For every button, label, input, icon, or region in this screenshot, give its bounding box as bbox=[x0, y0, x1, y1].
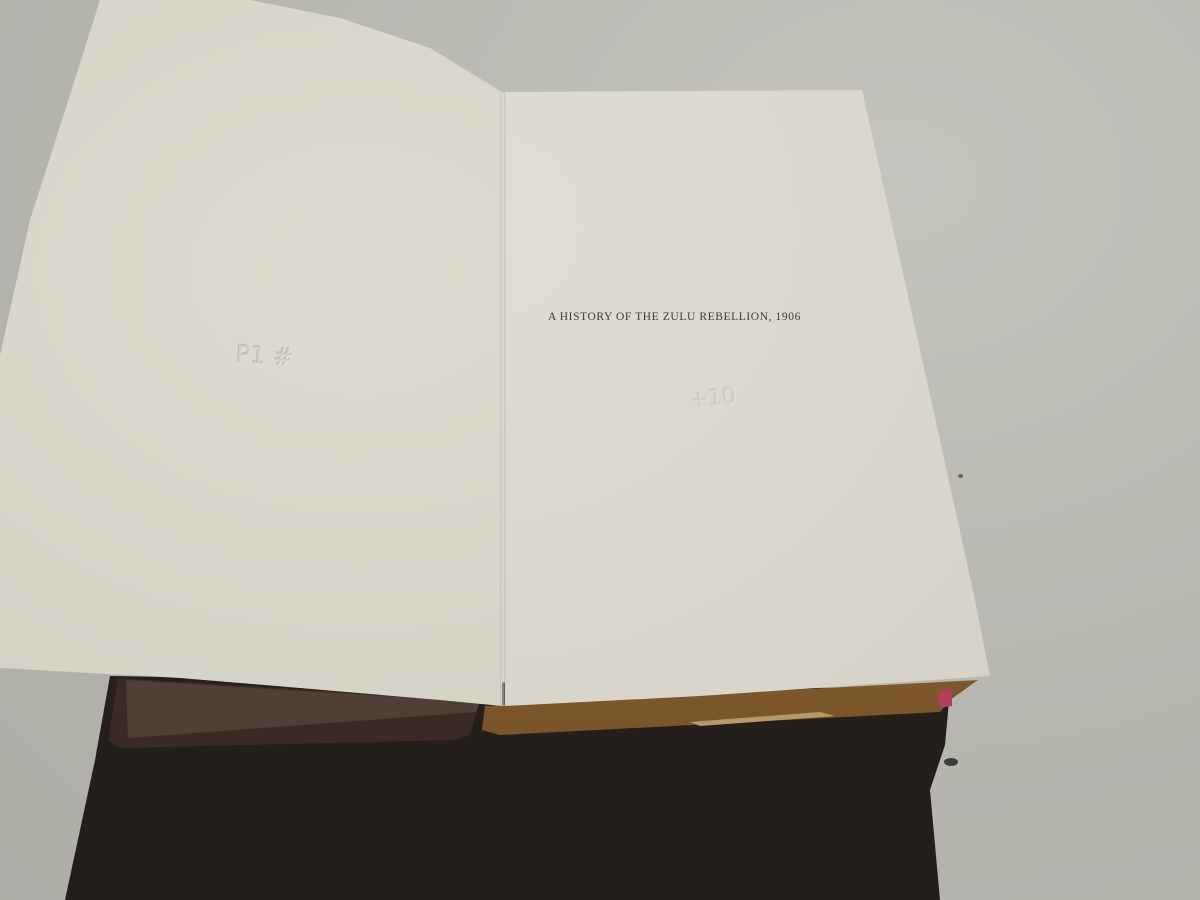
pencil-note-left: P1 # bbox=[235, 340, 294, 372]
debris-speck bbox=[944, 758, 958, 766]
book-gutter bbox=[500, 92, 506, 706]
debris-speck-small bbox=[958, 474, 963, 478]
pencil-note-right: +10 bbox=[689, 384, 738, 414]
half-title: A HISTORY OF THE ZULU REBELLION, 1906 bbox=[548, 311, 868, 323]
